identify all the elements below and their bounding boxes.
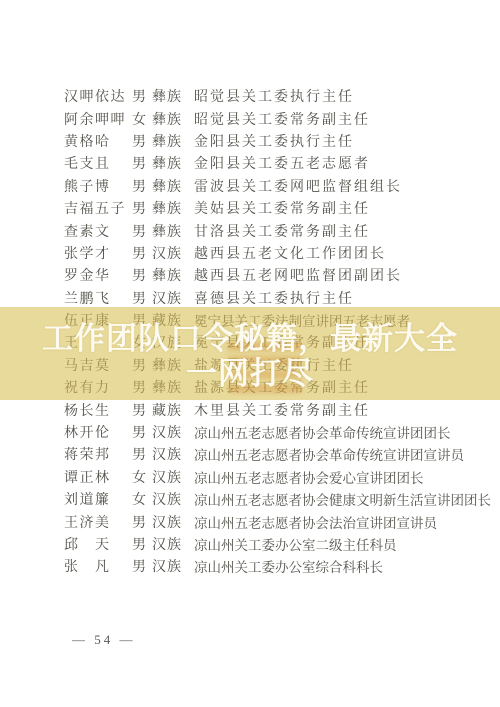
table-row: 兰鹏飞男汉族喜德县关工委执行主任 bbox=[0, 287, 500, 309]
position-cell: 喜德县关工委执行主任 bbox=[194, 288, 500, 308]
name-cell: 谭正林 bbox=[64, 467, 132, 487]
name-cell: 熊子博 bbox=[64, 176, 132, 196]
gender-cell: 男 bbox=[132, 512, 152, 532]
name-cell: 吉福五子 bbox=[64, 198, 132, 218]
ethnic-cell: 汉族 bbox=[152, 288, 194, 308]
position-cell: 美姑县关工委常务副主任 bbox=[194, 198, 500, 218]
table-row: 杨长生男藏族木里县关工委常务副主任 bbox=[0, 398, 500, 420]
position-cell: 凉山州五老志愿者协会革命传统宣讲团团长 bbox=[194, 422, 500, 442]
page-number: — 54 — bbox=[72, 632, 136, 648]
ethnic-cell: 彝族 bbox=[152, 86, 194, 106]
gender-cell: 男 bbox=[132, 198, 152, 218]
gender-cell: 男 bbox=[132, 444, 152, 464]
gender-cell: 男 bbox=[132, 556, 152, 576]
position-cell: 昭觉县关工委常务副主任 bbox=[194, 109, 500, 129]
gender-cell: 男 bbox=[132, 422, 152, 442]
position-cell: 凉山州关工委办公室二级主任科员 bbox=[194, 534, 500, 554]
position-cell: 凉山州关工委办公室综合科科长 bbox=[194, 556, 500, 576]
table-row: 黄格哈男彝族金阳县关工委执行主任 bbox=[0, 130, 500, 152]
table-row: 熊子博男彝族雷波县关工委网吧监督组组长 bbox=[0, 175, 500, 197]
position-cell: 金阳县关工委五老志愿者 bbox=[194, 153, 500, 173]
table-row: 刘道簾女汉族凉山州五老志愿者协会健康文明新生活宣讲团团长 bbox=[0, 488, 500, 510]
ethnic-cell: 汉族 bbox=[152, 556, 194, 576]
position-cell: 越西县五老网吧监督团副团长 bbox=[194, 265, 500, 285]
ethnic-cell: 藏族 bbox=[152, 400, 194, 420]
name-cell: 查素文 bbox=[64, 221, 132, 241]
gender-cell: 女 bbox=[132, 489, 152, 509]
table-row: 张 凡男汉族凉山州关工委办公室综合科科长 bbox=[0, 555, 500, 577]
table-row: 林开伦男汉族凉山州五老志愿者协会革命传统宣讲团团长 bbox=[0, 421, 500, 443]
gender-cell: 男 bbox=[132, 243, 152, 263]
gender-cell: 男 bbox=[132, 288, 152, 308]
ethnic-cell: 汉族 bbox=[152, 243, 194, 263]
gender-cell: 男 bbox=[132, 131, 152, 151]
document-page: 汉呷依达男彝族昭觉县关工委执行主任阿余呷呷女彝族昭觉县关工委常务副主任黄格哈男彝… bbox=[0, 0, 500, 707]
position-cell: 凉山州五老志愿者协会革命传统宣讲团宣讲员 bbox=[194, 444, 500, 464]
ethnic-cell: 彝族 bbox=[152, 221, 194, 241]
table-row: 汉呷依达男彝族昭觉县关工委执行主任 bbox=[0, 85, 500, 107]
ethnic-cell: 彝族 bbox=[152, 153, 194, 173]
ethnic-cell: 汉族 bbox=[152, 444, 194, 464]
name-cell: 黄格哈 bbox=[64, 131, 132, 151]
gender-cell: 男 bbox=[132, 400, 152, 420]
gender-cell: 男 bbox=[132, 86, 152, 106]
ethnic-cell: 彝族 bbox=[152, 176, 194, 196]
position-cell: 甘洛县关工委常务副主任 bbox=[194, 221, 500, 241]
table-row: 张学才男汉族越西县五老文化工作团团长 bbox=[0, 242, 500, 264]
ethnic-cell: 汉族 bbox=[152, 534, 194, 554]
position-cell: 越西县五老文化工作团团长 bbox=[194, 243, 500, 263]
table-row: 查素文男彝族甘洛县关工委常务副主任 bbox=[0, 219, 500, 241]
table-row: 罗金华男彝族越西县五老网吧监督团副团长 bbox=[0, 264, 500, 286]
name-cell: 汉呷依达 bbox=[64, 86, 132, 106]
name-cell: 杨长生 bbox=[64, 400, 132, 420]
name-cell: 蒋荣邦 bbox=[64, 444, 132, 464]
name-cell: 王济美 bbox=[64, 512, 132, 532]
name-cell: 刘道簾 bbox=[64, 489, 132, 509]
ethnic-cell: 汉族 bbox=[152, 512, 194, 532]
gender-cell: 男 bbox=[132, 534, 152, 554]
gender-cell: 男 bbox=[132, 176, 152, 196]
position-cell: 金阳县关工委执行主任 bbox=[194, 131, 500, 151]
table-row: 谭正林女汉族凉山州五老志愿者协会爱心宣讲团团长 bbox=[0, 466, 500, 488]
name-cell: 兰鹏飞 bbox=[64, 288, 132, 308]
position-cell: 木里县关工委常务副主任 bbox=[194, 400, 500, 420]
overlay-headline-line1: 工作团队口令秘籍，最新大全 bbox=[0, 321, 500, 356]
name-cell: 邱 天 bbox=[64, 534, 132, 554]
ethnic-cell: 彝族 bbox=[152, 265, 194, 285]
name-cell: 毛支且 bbox=[64, 153, 132, 173]
ethnic-cell: 彝族 bbox=[152, 109, 194, 129]
ethnic-cell: 彝族 bbox=[152, 198, 194, 218]
gender-cell: 男 bbox=[132, 265, 152, 285]
overlay-headline-line2: 一网打尽 bbox=[0, 356, 500, 391]
position-cell: 凉山州五老志愿者协会爱心宣讲团团长 bbox=[194, 467, 500, 487]
ethnic-cell: 汉族 bbox=[152, 422, 194, 442]
overlay-headline: 工作团队口令秘籍，最新大全 一网打尽 bbox=[0, 321, 500, 391]
name-cell: 张学才 bbox=[64, 243, 132, 263]
name-cell: 阿余呷呷 bbox=[64, 109, 132, 129]
gender-cell: 男 bbox=[132, 221, 152, 241]
table-row: 阿余呷呷女彝族昭觉县关工委常务副主任 bbox=[0, 107, 500, 129]
name-cell: 罗金华 bbox=[64, 265, 132, 285]
gender-cell: 女 bbox=[132, 467, 152, 487]
position-cell: 凉山州五老志愿者协会健康文明新生活宣讲团团长 bbox=[194, 489, 500, 509]
name-cell: 林开伦 bbox=[64, 422, 132, 442]
gender-cell: 女 bbox=[132, 109, 152, 129]
table-row: 王济美男汉族凉山州五老志愿者协会法治宣讲团宣讲员 bbox=[0, 510, 500, 532]
position-cell: 凉山州五老志愿者协会法治宣讲团宣讲员 bbox=[194, 512, 500, 532]
ethnic-cell: 彝族 bbox=[152, 131, 194, 151]
gender-cell: 男 bbox=[132, 153, 152, 173]
table-row: 蒋荣邦男汉族凉山州五老志愿者协会革命传统宣讲团宣讲员 bbox=[0, 443, 500, 465]
name-cell: 张 凡 bbox=[64, 556, 132, 576]
ethnic-cell: 汉族 bbox=[152, 467, 194, 487]
table-row: 邱 天男汉族凉山州关工委办公室二级主任科员 bbox=[0, 533, 500, 555]
table-row: 毛支且男彝族金阳县关工委五老志愿者 bbox=[0, 152, 500, 174]
ethnic-cell: 汉族 bbox=[152, 489, 194, 509]
table-row: 吉福五子男彝族美姑县关工委常务副主任 bbox=[0, 197, 500, 219]
position-cell: 雷波县关工委网吧监督组组长 bbox=[194, 176, 500, 196]
position-cell: 昭觉县关工委执行主任 bbox=[194, 86, 500, 106]
